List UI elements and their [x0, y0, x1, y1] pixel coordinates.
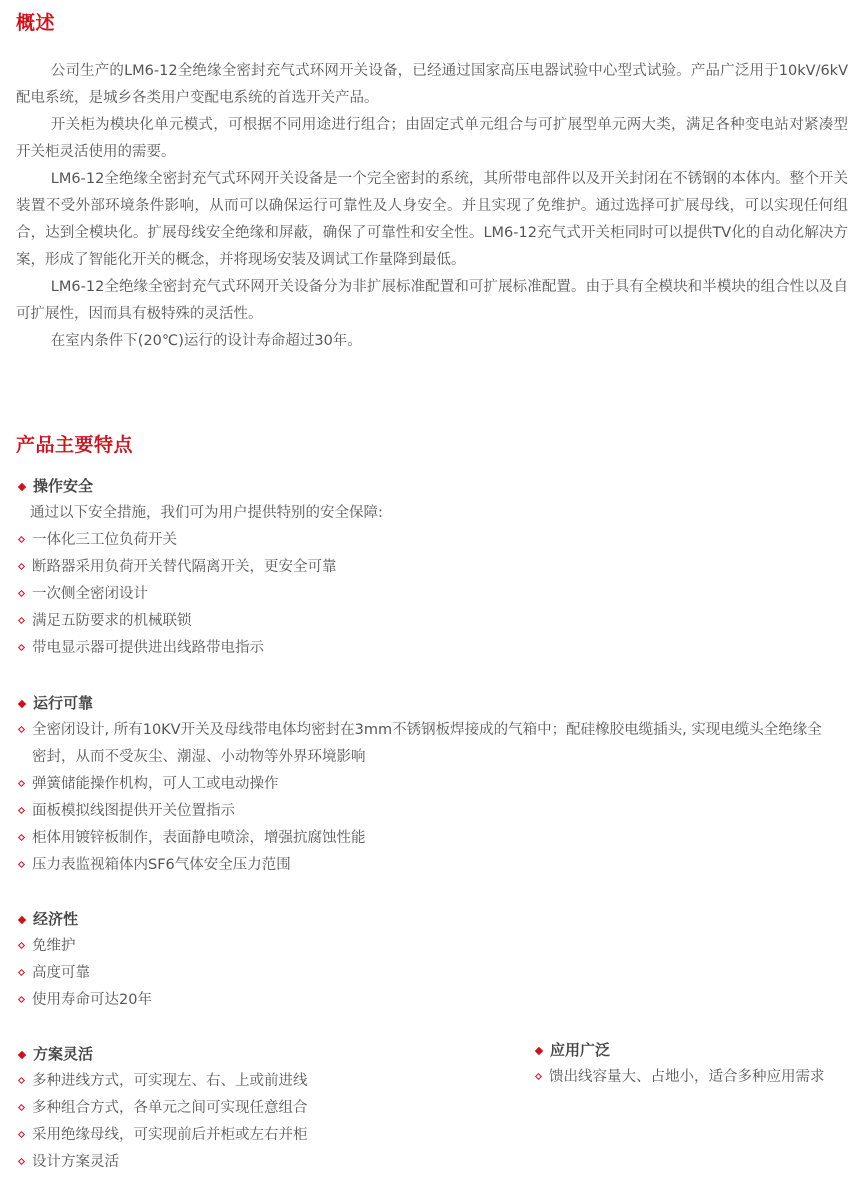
list-item-text: 高度可靠 — [32, 960, 90, 987]
list-item: 带电显示器可提供进出线路带电指示 — [16, 635, 383, 662]
hollow-diamond-icon — [18, 1104, 25, 1111]
group-heading: 方案灵活 — [16, 1041, 308, 1068]
list-item: 一体化三工位负荷开关 — [16, 527, 383, 554]
list-item: 多种进线方式，可实现左、右、上或前进线 — [16, 1068, 308, 1095]
list-item-text: 采用绝缘母线，可实现前后并柜或左右并柜 — [32, 1122, 308, 1149]
list-item-text: 多种组合方式，各单元之间可实现任意组合 — [32, 1095, 308, 1122]
feature-group-reliability: 运行可靠 全密闭设计, 所有10KV开关及母线带电体均密封在3mm不锈钢板焊接成… — [16, 690, 836, 879]
list-item: 使用寿命可达20年 — [16, 987, 152, 1014]
feature-group-safety: 操作安全 通过以下安全措施，我们可为用户提供特别的安全保障: 一体化三工位负荷开… — [16, 473, 383, 662]
list-item: 断路器采用负荷开关替代隔离开关，更安全可靠 — [16, 554, 383, 581]
hollow-diamond-icon — [18, 726, 25, 733]
list-item-text: 压力表监视箱体内SF6气体安全压力范围 — [32, 852, 291, 879]
list-item: 柜体用镀锌板制作，表面静电喷涂，增强抗腐蚀性能 — [16, 825, 836, 852]
group-intro: 通过以下安全措施，我们可为用户提供特别的安全保障: — [16, 500, 383, 527]
group-heading: 经济性 — [16, 906, 152, 933]
list-item-text: 全密闭设计, 所有10KV开关及母线带电体均密封在3mm不锈钢板焊接成的气箱中；… — [32, 717, 836, 771]
group-heading: 应用广泛 — [533, 1037, 825, 1064]
hollow-diamond-icon — [18, 861, 25, 868]
hollow-diamond-icon — [18, 807, 25, 814]
hollow-diamond-icon — [18, 1077, 25, 1084]
list-item: 设计方案灵活 — [16, 1149, 308, 1176]
hollow-diamond-icon — [18, 590, 25, 597]
overview-paragraph: 在室内条件下(20℃)运行的设计寿命超过30年。 — [16, 328, 848, 355]
hollow-diamond-icon — [18, 969, 25, 976]
list-item-text: 断路器采用负荷开关替代隔离开关，更安全可靠 — [32, 554, 337, 581]
hollow-diamond-icon — [18, 996, 25, 1003]
group-heading: 运行可靠 — [16, 690, 836, 717]
overview-paragraph: 公司生产的LM6-12全绝缘全密封充气式环网开关设备，已经通过国家高压电器试验中… — [16, 58, 848, 112]
overview-title: 概述 — [16, 8, 55, 35]
list-item: 满足五防要求的机械联锁 — [16, 608, 383, 635]
hollow-diamond-icon — [18, 644, 25, 651]
list-item-text: 弹簧储能操作机构，可人工或电动操作 — [32, 771, 279, 798]
list-item: 免维护 — [16, 933, 152, 960]
hollow-diamond-icon — [18, 563, 25, 570]
feature-group-flexibility: 方案灵活 多种进线方式，可实现左、右、上或前进线 多种组合方式，各单元之间可实现… — [16, 1041, 308, 1176]
list-item-text: 柜体用镀锌板制作，表面静电喷涂，增强抗腐蚀性能 — [32, 825, 366, 852]
list-item-text: 带电显示器可提供进出线路带电指示 — [32, 635, 264, 662]
list-item-text: 一次侧全密闭设计 — [32, 581, 148, 608]
features-title: 产品主要特点 — [16, 430, 133, 457]
list-item: 面板模拟线图提供开关位置指示 — [16, 798, 836, 825]
group-heading: 操作安全 — [16, 473, 383, 500]
hollow-diamond-icon — [18, 1158, 25, 1165]
list-item-text: 满足五防要求的机械联锁 — [32, 608, 192, 635]
overview-paragraph: LM6-12全绝缘全密封充气式环网开关设备分为非扩展标准配置和可扩展标准配置。由… — [16, 274, 848, 328]
group-heading-text: 方案灵活 — [33, 1041, 93, 1068]
solid-diamond-icon — [18, 699, 26, 707]
list-item-text: 多种进线方式，可实现左、右、上或前进线 — [32, 1068, 308, 1095]
hollow-diamond-icon — [535, 1073, 542, 1080]
list-item: 全密闭设计, 所有10KV开关及母线带电体均密封在3mm不锈钢板焊接成的气箱中；… — [16, 717, 836, 771]
hollow-diamond-icon — [18, 617, 25, 624]
solid-diamond-icon — [18, 915, 26, 923]
overview-body: 公司生产的LM6-12全绝缘全密封充气式环网开关设备，已经通过国家高压电器试验中… — [16, 58, 848, 355]
hollow-diamond-icon — [18, 942, 25, 949]
group-heading-text: 运行可靠 — [33, 690, 93, 717]
hollow-diamond-icon — [18, 1131, 25, 1138]
overview-paragraph: 开关柜为模块化单元模式，可根据不同用途进行组合；由固定式单元组合与可扩展型单元两… — [16, 112, 848, 166]
hollow-diamond-icon — [18, 780, 25, 787]
list-item-text: 面板模拟线图提供开关位置指示 — [32, 798, 235, 825]
list-item: 压力表监视箱体内SF6气体安全压力范围 — [16, 852, 836, 879]
list-item: 弹簧储能操作机构，可人工或电动操作 — [16, 771, 836, 798]
feature-group-application: 应用广泛 馈出线容量大、占地小，适合多种应用需求 — [533, 1037, 825, 1091]
solid-diamond-icon — [18, 1050, 26, 1058]
solid-diamond-icon — [18, 482, 26, 490]
list-item-text: 馈出线容量大、占地小，适合多种应用需求 — [549, 1064, 825, 1091]
solid-diamond-icon — [535, 1046, 543, 1054]
list-item-text: 设计方案灵活 — [32, 1149, 119, 1176]
group-heading-text: 经济性 — [33, 906, 78, 933]
list-item: 采用绝缘母线，可实现前后并柜或左右并柜 — [16, 1122, 308, 1149]
list-item: 高度可靠 — [16, 960, 152, 987]
list-item-text: 使用寿命可达20年 — [32, 987, 152, 1014]
group-heading-text: 操作安全 — [33, 473, 93, 500]
list-item: 多种组合方式，各单元之间可实现任意组合 — [16, 1095, 308, 1122]
list-item: 馈出线容量大、占地小，适合多种应用需求 — [533, 1064, 825, 1091]
overview-paragraph: LM6-12全绝缘全密封充气式环网开关设备是一个完全密封的系统，其所带电部件以及… — [16, 166, 848, 274]
feature-group-economy: 经济性 免维护 高度可靠 使用寿命可达20年 — [16, 906, 152, 1014]
hollow-diamond-icon — [18, 834, 25, 841]
group-heading-text: 应用广泛 — [550, 1037, 610, 1064]
list-item-text: 一体化三工位负荷开关 — [32, 527, 177, 554]
hollow-diamond-icon — [18, 536, 25, 543]
list-item: 一次侧全密闭设计 — [16, 581, 383, 608]
list-item-text: 免维护 — [32, 933, 76, 960]
